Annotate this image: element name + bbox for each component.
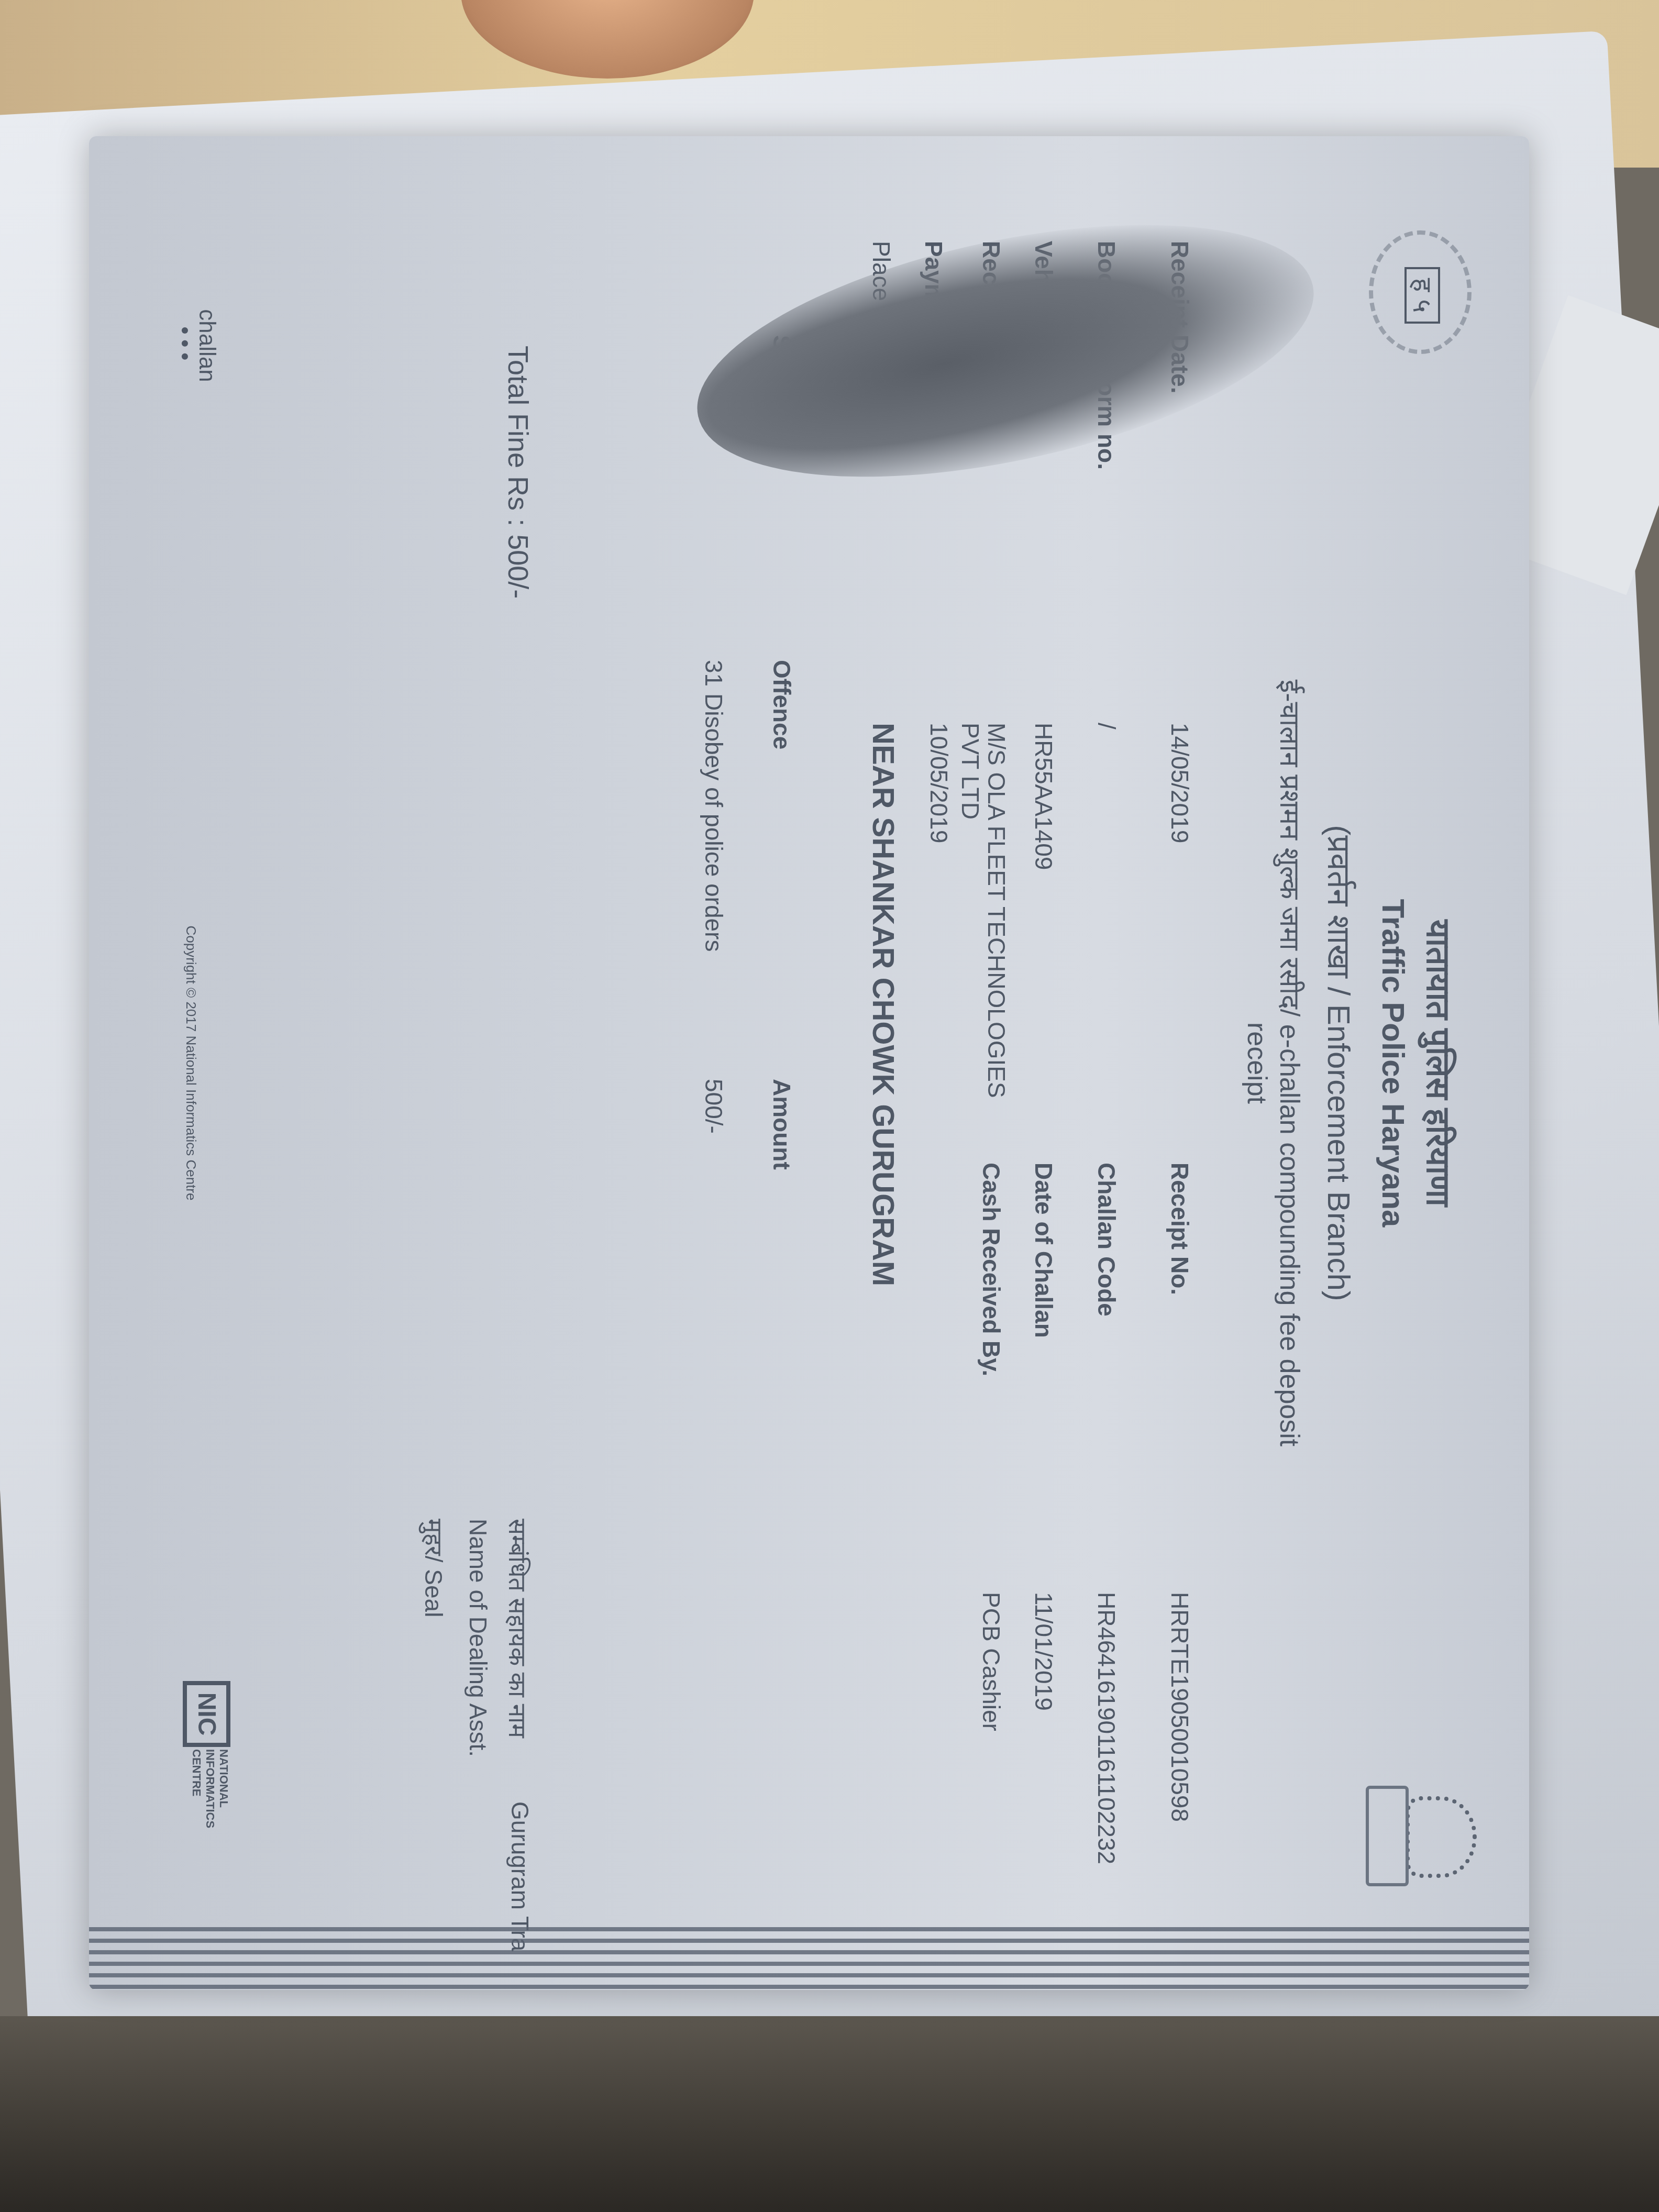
total-fine-label: Total Fine Rs [502, 346, 534, 511]
branch-title: (प्रवर्तन शाखा / Enforcement Branch) [1319, 136, 1362, 1990]
payment-date-value: 10/05/2019 [925, 723, 953, 843]
receipt-no-label: Receipt No. [1166, 1163, 1194, 1295]
floor [0, 2016, 1659, 2212]
date-of-challan-label: Date of Challan [1030, 1163, 1058, 1338]
dealing-asst-hindi-label: सम्बंधित सहायक का नाम [502, 1519, 534, 1738]
book-no-value: / [1092, 723, 1121, 729]
vehicle-no-value: HR55AA1409 [1030, 723, 1058, 870]
dealing-asst-label: Name of Dealing Asst. [464, 1519, 492, 1757]
col-amount: Amount [768, 1079, 796, 1170]
nic-text: NATIONAL INFORMATICS CENTRE [190, 1749, 230, 1854]
date-of-challan-value: 11/01/2019 [1030, 1592, 1058, 1711]
challan-code-value: HR464161901161102232 [1092, 1592, 1121, 1864]
receipt-subtitle: ई-चालान प्रशमन शुल्क जमा रसीद/ e-challan… [1272, 398, 1309, 1728]
title-english: Traffic Police Haryana [1375, 136, 1411, 1990]
offence-text: 31 Disobey of police orders [700, 660, 727, 952]
total-fine: Total Fine Rs : 500/- [502, 346, 534, 599]
receipt-subtitle-line2: receipt [1241, 136, 1273, 1990]
nic-logo-icon: NIC [183, 1681, 230, 1747]
received-from-value: M/S OLA FLEET TECHNOLOGIES [982, 723, 1011, 1098]
col-offence: Offence [768, 660, 796, 749]
cash-received-by-label: Cash Received By. [977, 1163, 1005, 1376]
offence-amount: 500/- [700, 1079, 728, 1134]
title-hindi: यातायात पुलिस हरियाणा [1417, 136, 1461, 1990]
received-from-value-line2: PVT LTD [956, 723, 985, 820]
receipt-no-value: HRRTE19050010598 [1166, 1592, 1194, 1822]
offence-row: 31 Disobey of police orders [700, 660, 728, 952]
challan-code-label: Challan Code [1092, 1163, 1121, 1317]
seal-label: मुहर/ Seal [418, 1519, 450, 1617]
cash-received-by-value: PCB Cashier [977, 1592, 1005, 1731]
total-fine-value: 500/- [502, 534, 534, 599]
printer-lines [89, 1927, 1529, 1990]
receipt-sheet: ह ५ यातायात पुलिस हरियाणा Traffic Police… [89, 136, 1529, 1990]
receipt-date-value: 14/05/2019 [1166, 723, 1194, 843]
place-value: NEAR SHANKAR CHOWK GURUGRAM [866, 723, 901, 1286]
